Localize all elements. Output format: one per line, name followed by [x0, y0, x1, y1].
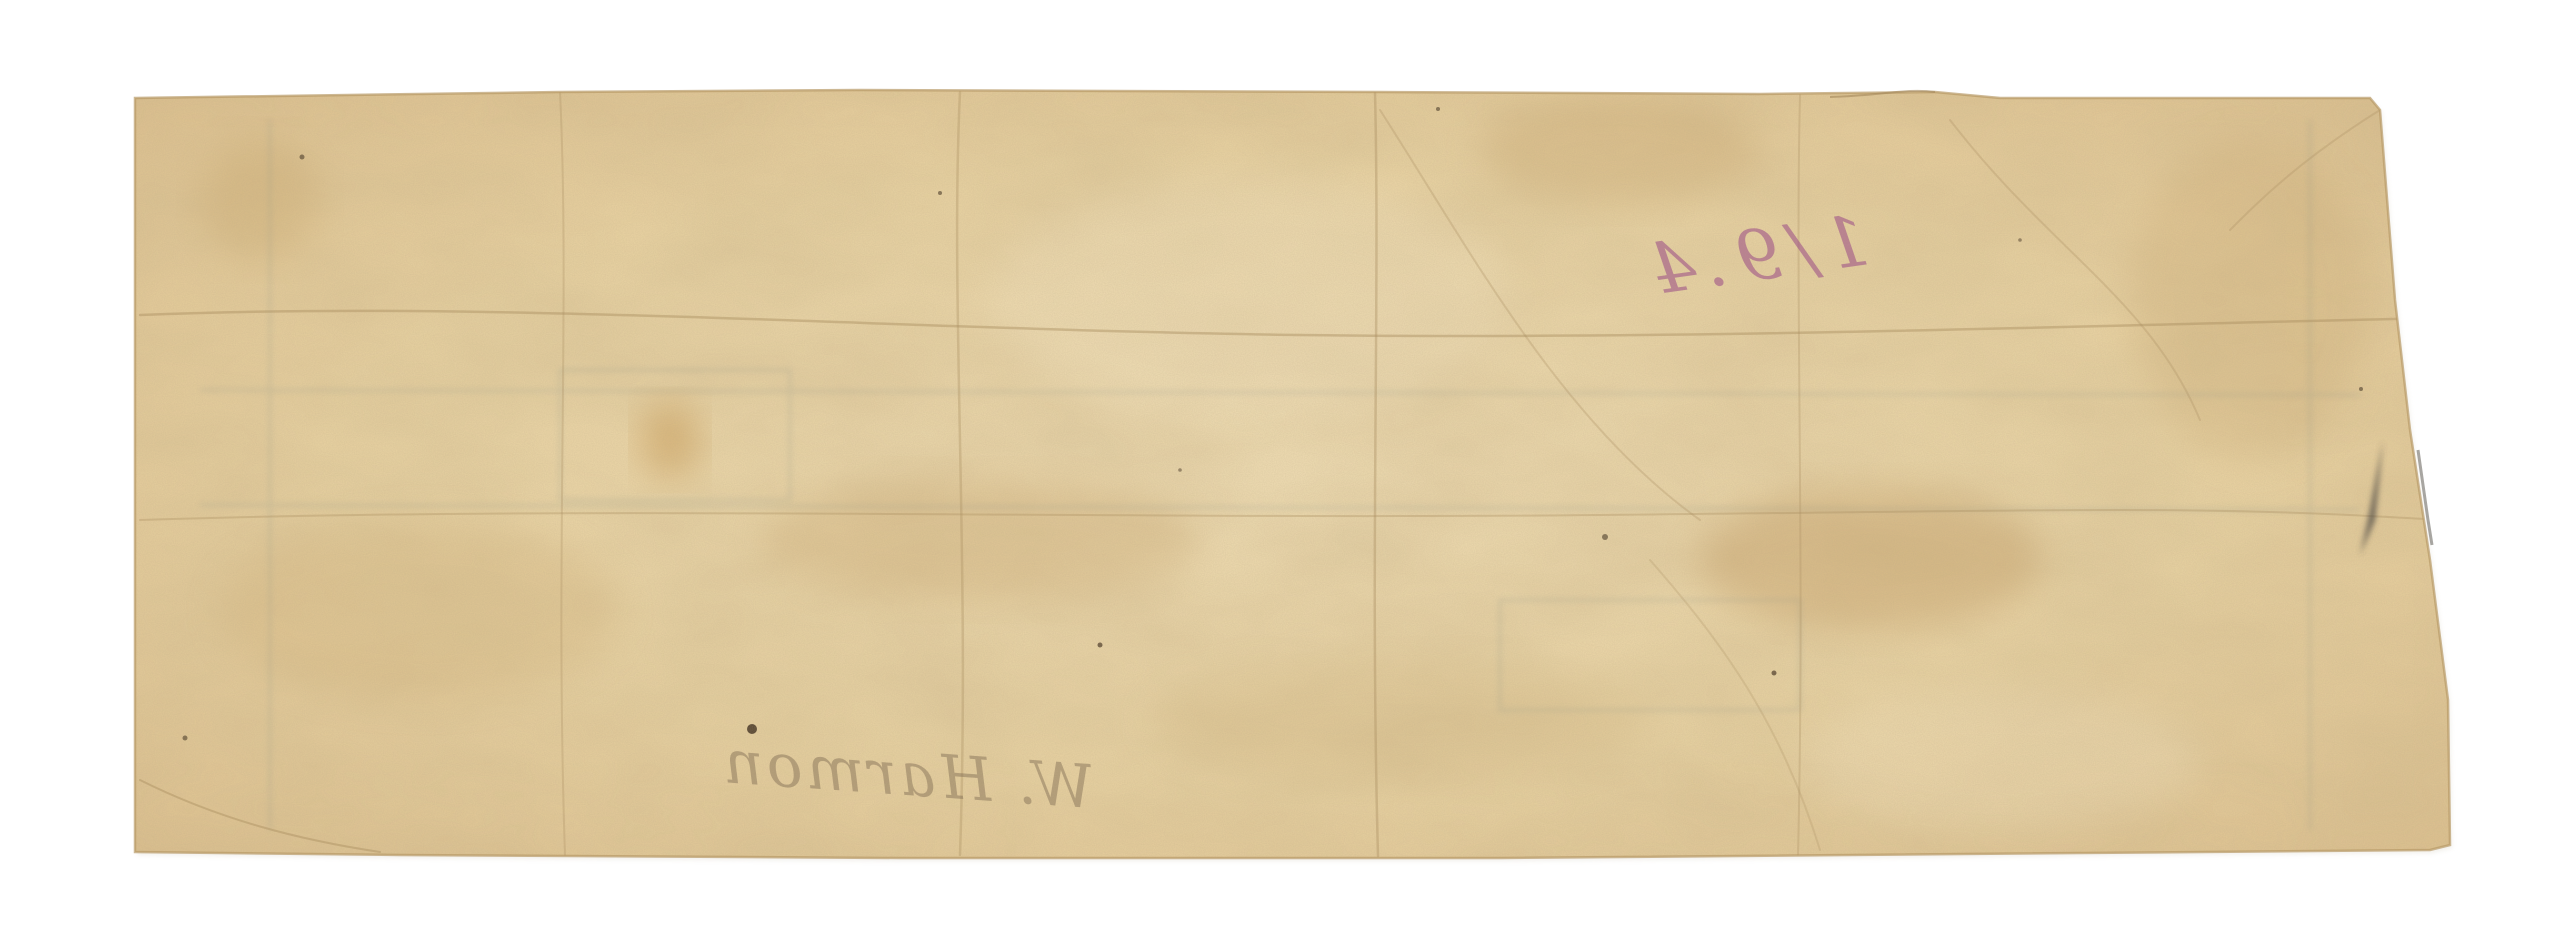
paper-note	[0, 0, 2560, 944]
paper-texture-layer	[0, 0, 2560, 944]
photo-stage: 1/9.4 W. Harmon Aged, stained reverse of…	[0, 0, 2560, 944]
